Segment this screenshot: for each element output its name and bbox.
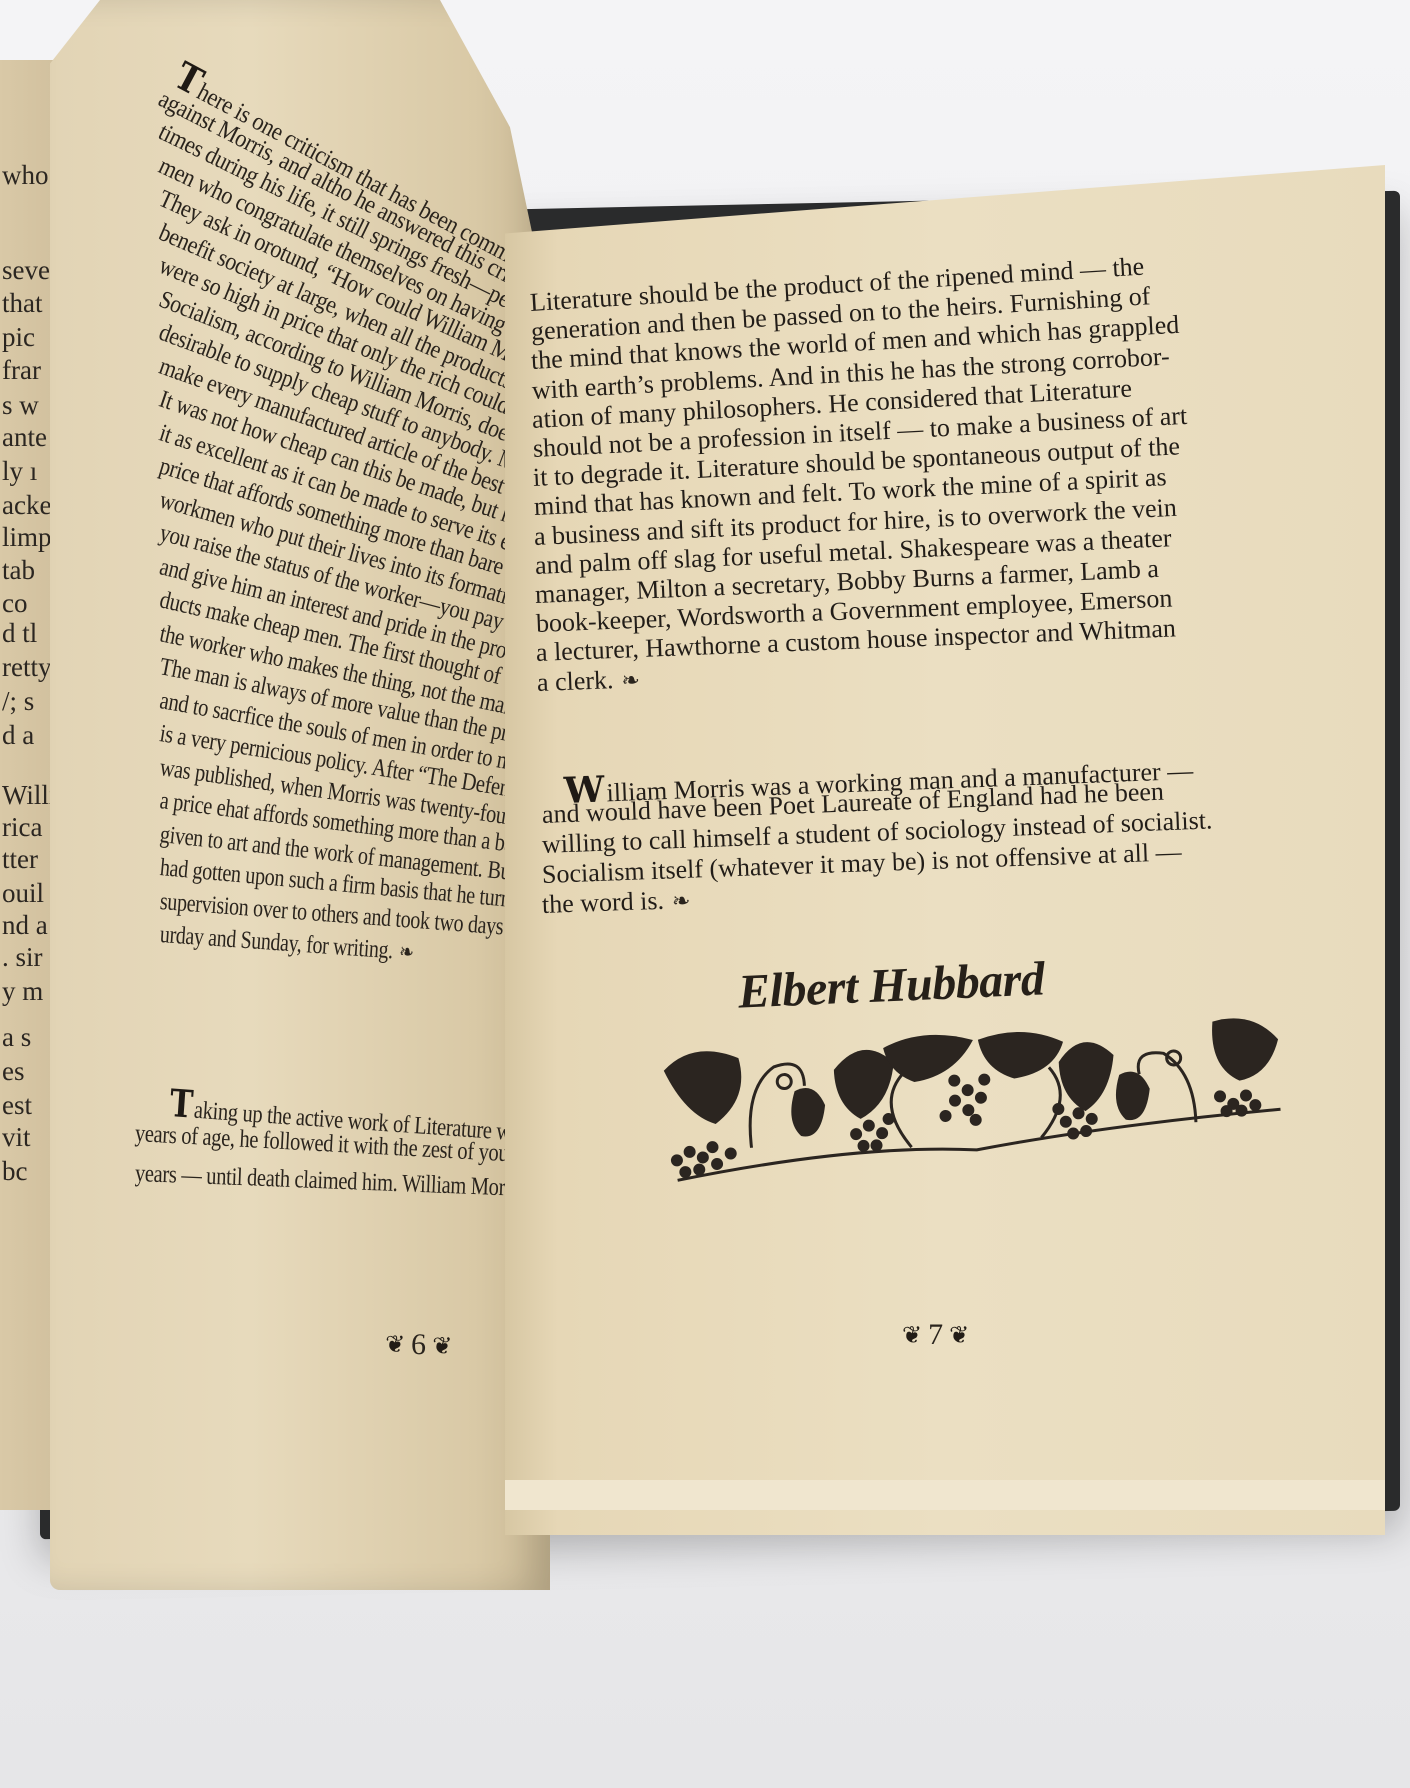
previous-page-text-fragment: ouil (2, 878, 44, 909)
previous-page-text-fragment: Willi (2, 780, 56, 811)
previous-page-text-fragment: pic (2, 322, 35, 353)
previous-page-text-fragment: ly ı (2, 456, 37, 487)
page-number-left: ❦ 6 ❦ (384, 1327, 452, 1363)
right-page-line: the word is.❧ (541, 885, 690, 920)
page-number-right: ❦ 7 ❦ (902, 1318, 969, 1352)
previous-page-text-fragment: es (2, 1056, 25, 1087)
previous-page-text-fragment: ante (2, 422, 47, 453)
previous-page-text-fragment: est (2, 1090, 32, 1121)
previous-page-text-fragment: . sir (2, 942, 43, 973)
page-ornament-icon: ❦ (432, 1331, 453, 1360)
previous-page-text-fragment: limp (2, 522, 52, 553)
fleuron-icon: ❧ (621, 668, 640, 694)
previous-page-text-fragment: vit (2, 1122, 31, 1153)
previous-page-text-fragment: that (2, 288, 43, 319)
fleuron-icon: ❧ (398, 940, 414, 966)
page-deckle-edge (505, 1480, 1385, 1510)
previous-page-text-fragment: tter (2, 844, 38, 875)
previous-page-text-fragment: s w (2, 390, 39, 421)
page-number: 7 (928, 1318, 943, 1352)
previous-page-text-fragment: y m (2, 976, 43, 1007)
previous-page-text-fragment: rica (2, 812, 42, 843)
right-page-line-text: a clerk. (536, 665, 614, 697)
previous-page-text-fragment: acke (2, 490, 51, 521)
previous-page-text-fragment: seve (2, 255, 50, 286)
grapevine-ornament-icon (652, 1009, 1292, 1191)
previous-page-text-fragment: tab (2, 555, 35, 586)
fleuron-icon: ❧ (672, 889, 691, 915)
previous-page-text-fragment: bc (2, 1156, 27, 1187)
page-ornament-icon: ❦ (949, 1321, 969, 1349)
previous-page-text-fragment: retty (2, 652, 51, 683)
right-page-line: a clerk.❧ (536, 664, 640, 698)
page-ornament-icon: ❦ (385, 1330, 406, 1359)
right-page-line-text: the word is. (541, 886, 664, 919)
drop-cap: T (168, 1080, 194, 1126)
previous-page-text-fragment: a s (2, 1022, 31, 1053)
previous-page-text-fragment: d tl (2, 618, 37, 649)
previous-page-text-fragment: co (2, 588, 27, 619)
previous-page-text-fragment: /; s (2, 686, 34, 717)
page-number: 6 (411, 1328, 427, 1363)
page-ornament-icon: ❦ (902, 1321, 922, 1349)
previous-page-text-fragment: nd a (2, 910, 48, 941)
previous-page-text-fragment: d a (2, 720, 34, 751)
previous-page-text-fragment: frar (2, 355, 41, 386)
